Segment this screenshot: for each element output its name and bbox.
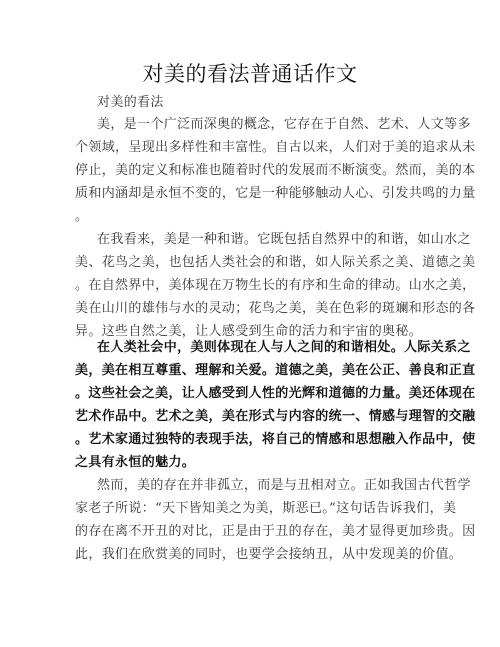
body-text-line: 。 — [75, 209, 415, 225]
body-text-line: 。这些社会之美，让人感受到人性的光辉和道德的力量。美还体现在 — [75, 386, 415, 402]
body-text-line: 异。这些自然之美，让人感受到生命的活力和宇宙的奥秘。 — [75, 324, 415, 340]
body-text-line: 。艺术家通过独特的表现手法，将自己的情感和思想融入作品中，使 — [75, 432, 415, 448]
document-subtitle: 对美的看法 — [97, 95, 437, 111]
body-text-line: 之具有永恒的魅力。 — [75, 455, 415, 471]
body-text-line: 美，美在相互尊重、理解和关爱。道德之美，美在公正、善良和正直 — [75, 363, 415, 379]
body-text-line: 然而，美的存在并非孤立，而是与丑相对立。正如我国古代哲学 — [97, 478, 437, 494]
body-text-line: 个领域，呈现出多样性和丰富性。自古以来，人们对于美的追求从未 — [75, 140, 415, 156]
body-text-line: 美在山川的雄伟与水的灵动；花鸟之美，美在色彩的斑斓和形态的各 — [75, 301, 415, 317]
body-text-line: 家老子所说：“天下皆知美之为美，斯恶已。”这句话告诉我们，美 — [75, 501, 415, 517]
body-text-line: 美、花鸟之美，也包括人类社会的和谐，如人际关系之美、道德之美 — [75, 255, 415, 271]
document-title: 对美的看法普通话作文 — [0, 58, 500, 88]
body-text-line: 艺术作品中。艺术之美，美在形式与内容的统一、情感与理智的交融 — [75, 409, 415, 425]
body-text-line: 。在自然界中，美体现在万物生长的有序和生命的律动。山水之美， — [75, 278, 415, 294]
body-text-line: 此，我们在欣赏美的同时，也要学会接纳丑，从中发现美的价值。 — [75, 547, 415, 563]
body-text-line: 停止，美的定义和标准也随着时代的发展而不断演变。然而，美的本 — [75, 163, 415, 179]
body-text-line: 的存在离不开丑的对比，正是由于丑的存在，美才显得更加珍贵。因 — [75, 524, 415, 540]
body-text-line: 在人类社会中，美则体现在人与人之间的和谐相处。人际关系之 — [97, 340, 437, 356]
body-text-line: 质和内涵却是永恒不变的，它是一种能够触动人心、引发共鸣的力量 — [75, 186, 415, 202]
body-text-line: 美，是一个广泛而深奥的概念，它存在于自然、艺术、人文等多 — [97, 117, 437, 133]
body-text-line: 在我看来，美是一种和谐。它既包括自然界中的和谐，如山水之 — [97, 232, 437, 248]
